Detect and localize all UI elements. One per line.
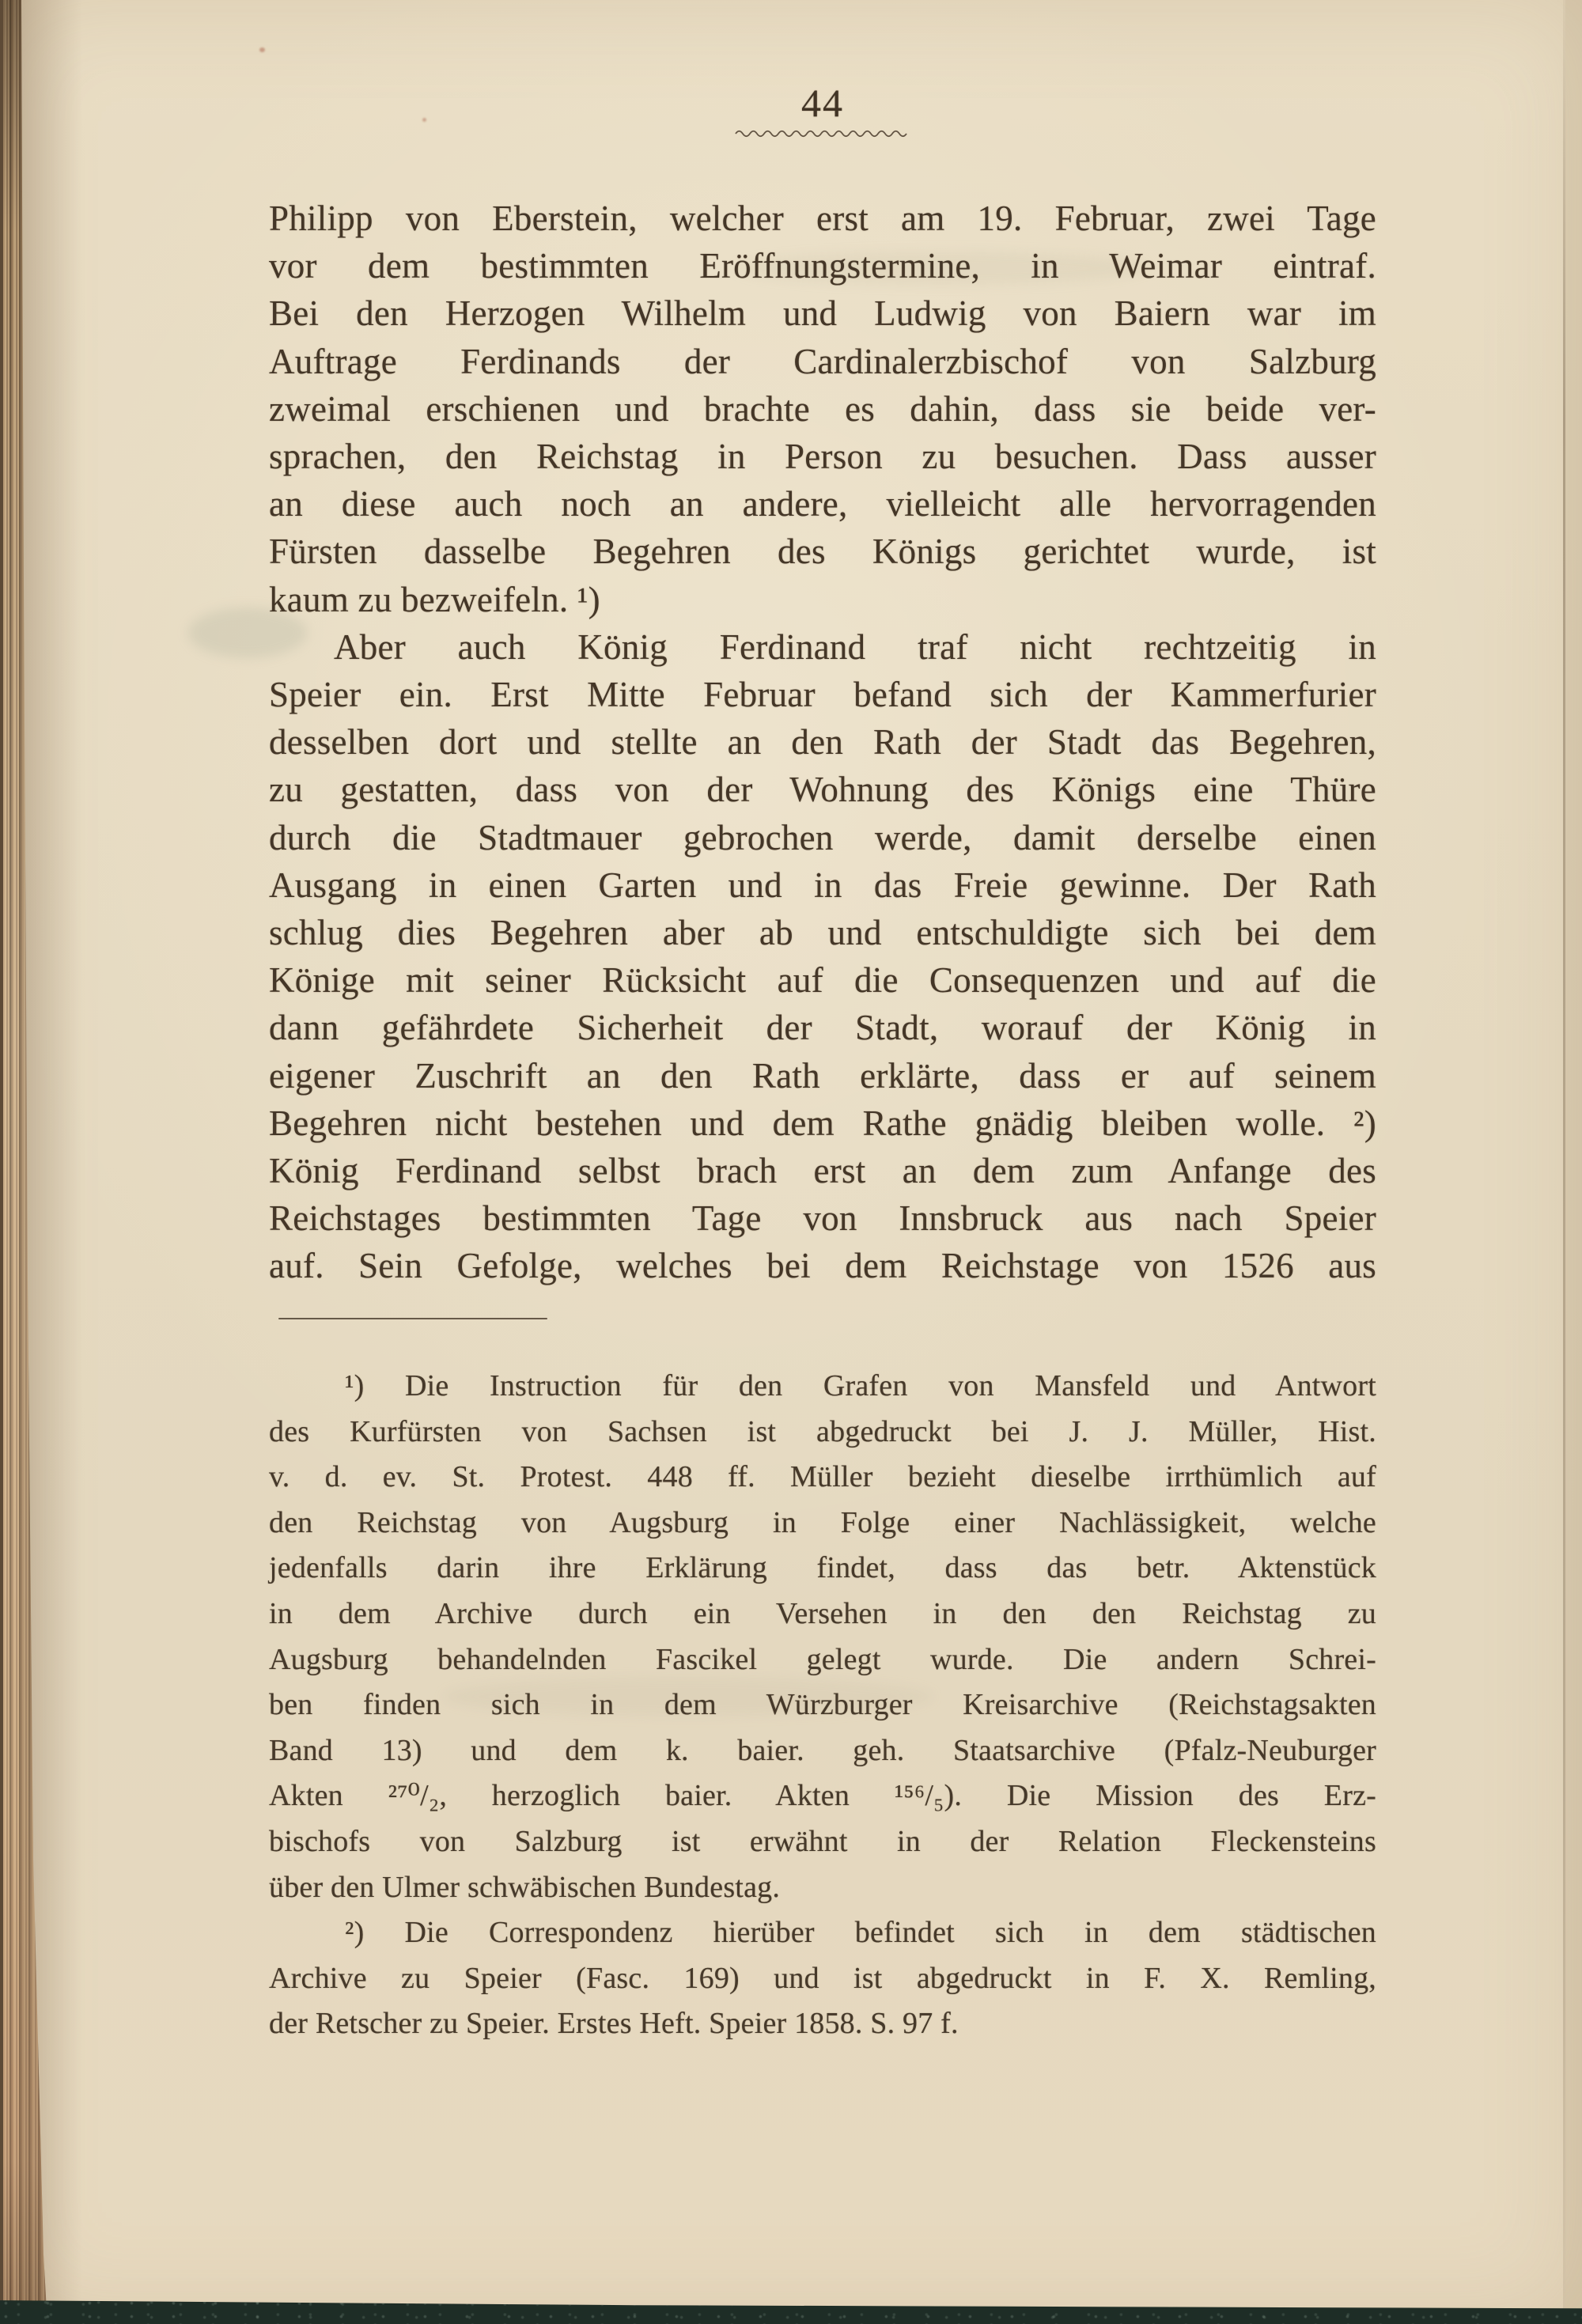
body-line: auf. Sein Gefolge, welches bei dem Reich… <box>269 1242 1376 1289</box>
body-line: Könige mit seiner Rücksicht auf die Cons… <box>269 956 1376 1004</box>
body-line: vor dem bestimmten Eröffnungstermine, in… <box>269 242 1376 290</box>
footnote-line: ¹) Die Instruction für den Grafen von Ma… <box>269 1364 1376 1410</box>
body-line: König Ferdinand selbst brach erst an dem… <box>269 1147 1376 1194</box>
body-line: Auftrage Ferdinands der Cardinalerzbisch… <box>269 338 1376 385</box>
body-line: Begehren nicht bestehen und dem Rathe gn… <box>269 1100 1376 1147</box>
footnote-line: Band 13) und dem k. baier. geh. Staatsar… <box>269 1728 1376 1774</box>
footnote-line: der Retscher zu Speier. Erstes Heft. Spe… <box>269 2001 1376 2047</box>
scanned-book-page: 44 Philipp von Eberstein, welcher erst a… <box>0 0 1582 2324</box>
body-line: Aber auch König Ferdinand traf nicht rec… <box>269 623 1376 671</box>
body-line: Speier ein. Erst Mitte Februar befand si… <box>269 671 1376 718</box>
footnote-line: v. d. ev. St. Protest. 448 ff. Müller be… <box>269 1455 1376 1501</box>
page-crease-shade <box>1565 0 1582 2324</box>
body-line: Fürsten dasselbe Begehren des Königs ger… <box>269 528 1376 575</box>
body-line: dann gefährdete Sicherheit der Stadt, wo… <box>269 1004 1376 1051</box>
body-line: desselben dort und stellte an den Rath d… <box>269 718 1376 766</box>
footnote-line: ben finden sich in dem Würzburger Kreisa… <box>269 1682 1376 1728</box>
body-line: kaum zu bezweifeln. ¹) <box>269 576 1376 623</box>
binding-shadow <box>19 0 82 2324</box>
body-line: sprachen, den Reichstag in Person zu bes… <box>269 433 1376 480</box>
body-line: Reichstages bestimmten Tage von Innsbruc… <box>269 1194 1376 1242</box>
footnote-line: Akten ²⁷⁰/₂, herzoglich baier. Akten ¹⁵⁶… <box>269 1773 1376 1819</box>
footnote-line: über den Ulmer schwäbischen Bundestag. <box>269 1865 1376 1911</box>
body-line: Ausgang in einen Garten und in das Freie… <box>269 861 1376 909</box>
body-line: Bei den Herzogen Wilhelm und Ludwig von … <box>269 290 1376 337</box>
page-number: 44 <box>269 82 1376 123</box>
body-line: Philipp von Eberstein, welcher erst am 1… <box>269 195 1376 242</box>
footnote-line: bischofs von Salzburg ist erwähnt in der… <box>269 1819 1376 1865</box>
footnote-line: in dem Archive durch ein Versehen in den… <box>269 1592 1376 1637</box>
footnote-line: den Reichstag von Augsburg in Folge eine… <box>269 1501 1376 1546</box>
footnote-separator <box>278 1318 547 1319</box>
page-number-underline <box>734 128 911 138</box>
footnote-line: Archive zu Speier (Fasc. 169) und ist ab… <box>269 1956 1376 2002</box>
ink-speck <box>259 47 265 52</box>
body-line: eigener Zuschrift an den Rath erklärte, … <box>269 1052 1376 1100</box>
desk-surface <box>0 2297 1582 2324</box>
body-line: an diese auch noch an andere, vielleicht… <box>269 480 1376 528</box>
body-text: Philipp von Eberstein, welcher erst am 1… <box>269 195 1376 1290</box>
body-line: durch die Stadtmauer gebrochen werde, da… <box>269 814 1376 861</box>
footnote-line: Augsburg behandelnden Fascikel gelegt wu… <box>269 1637 1376 1683</box>
body-line: schlug dies Begehren aber ab und entschu… <box>269 909 1376 956</box>
book-edge-dark-line <box>0 0 3 2324</box>
footnote-line: ²) Die Correspondenz hierüber befindet s… <box>269 1910 1376 1956</box>
footnote-line: jedenfalls darin ihre Erklärung findet, … <box>269 1546 1376 1592</box>
footnotes: ¹) Die Instruction für den Grafen von Ma… <box>269 1364 1376 2047</box>
footnote-line: des Kurfürsten von Sachsen ist abgedruck… <box>269 1410 1376 1455</box>
page-header: 44 <box>269 82 1376 138</box>
body-line: zu gestatten, dass von der Wohnung des K… <box>269 766 1376 813</box>
body-line: zweimal erschienen und brachte es dahin,… <box>269 385 1376 433</box>
